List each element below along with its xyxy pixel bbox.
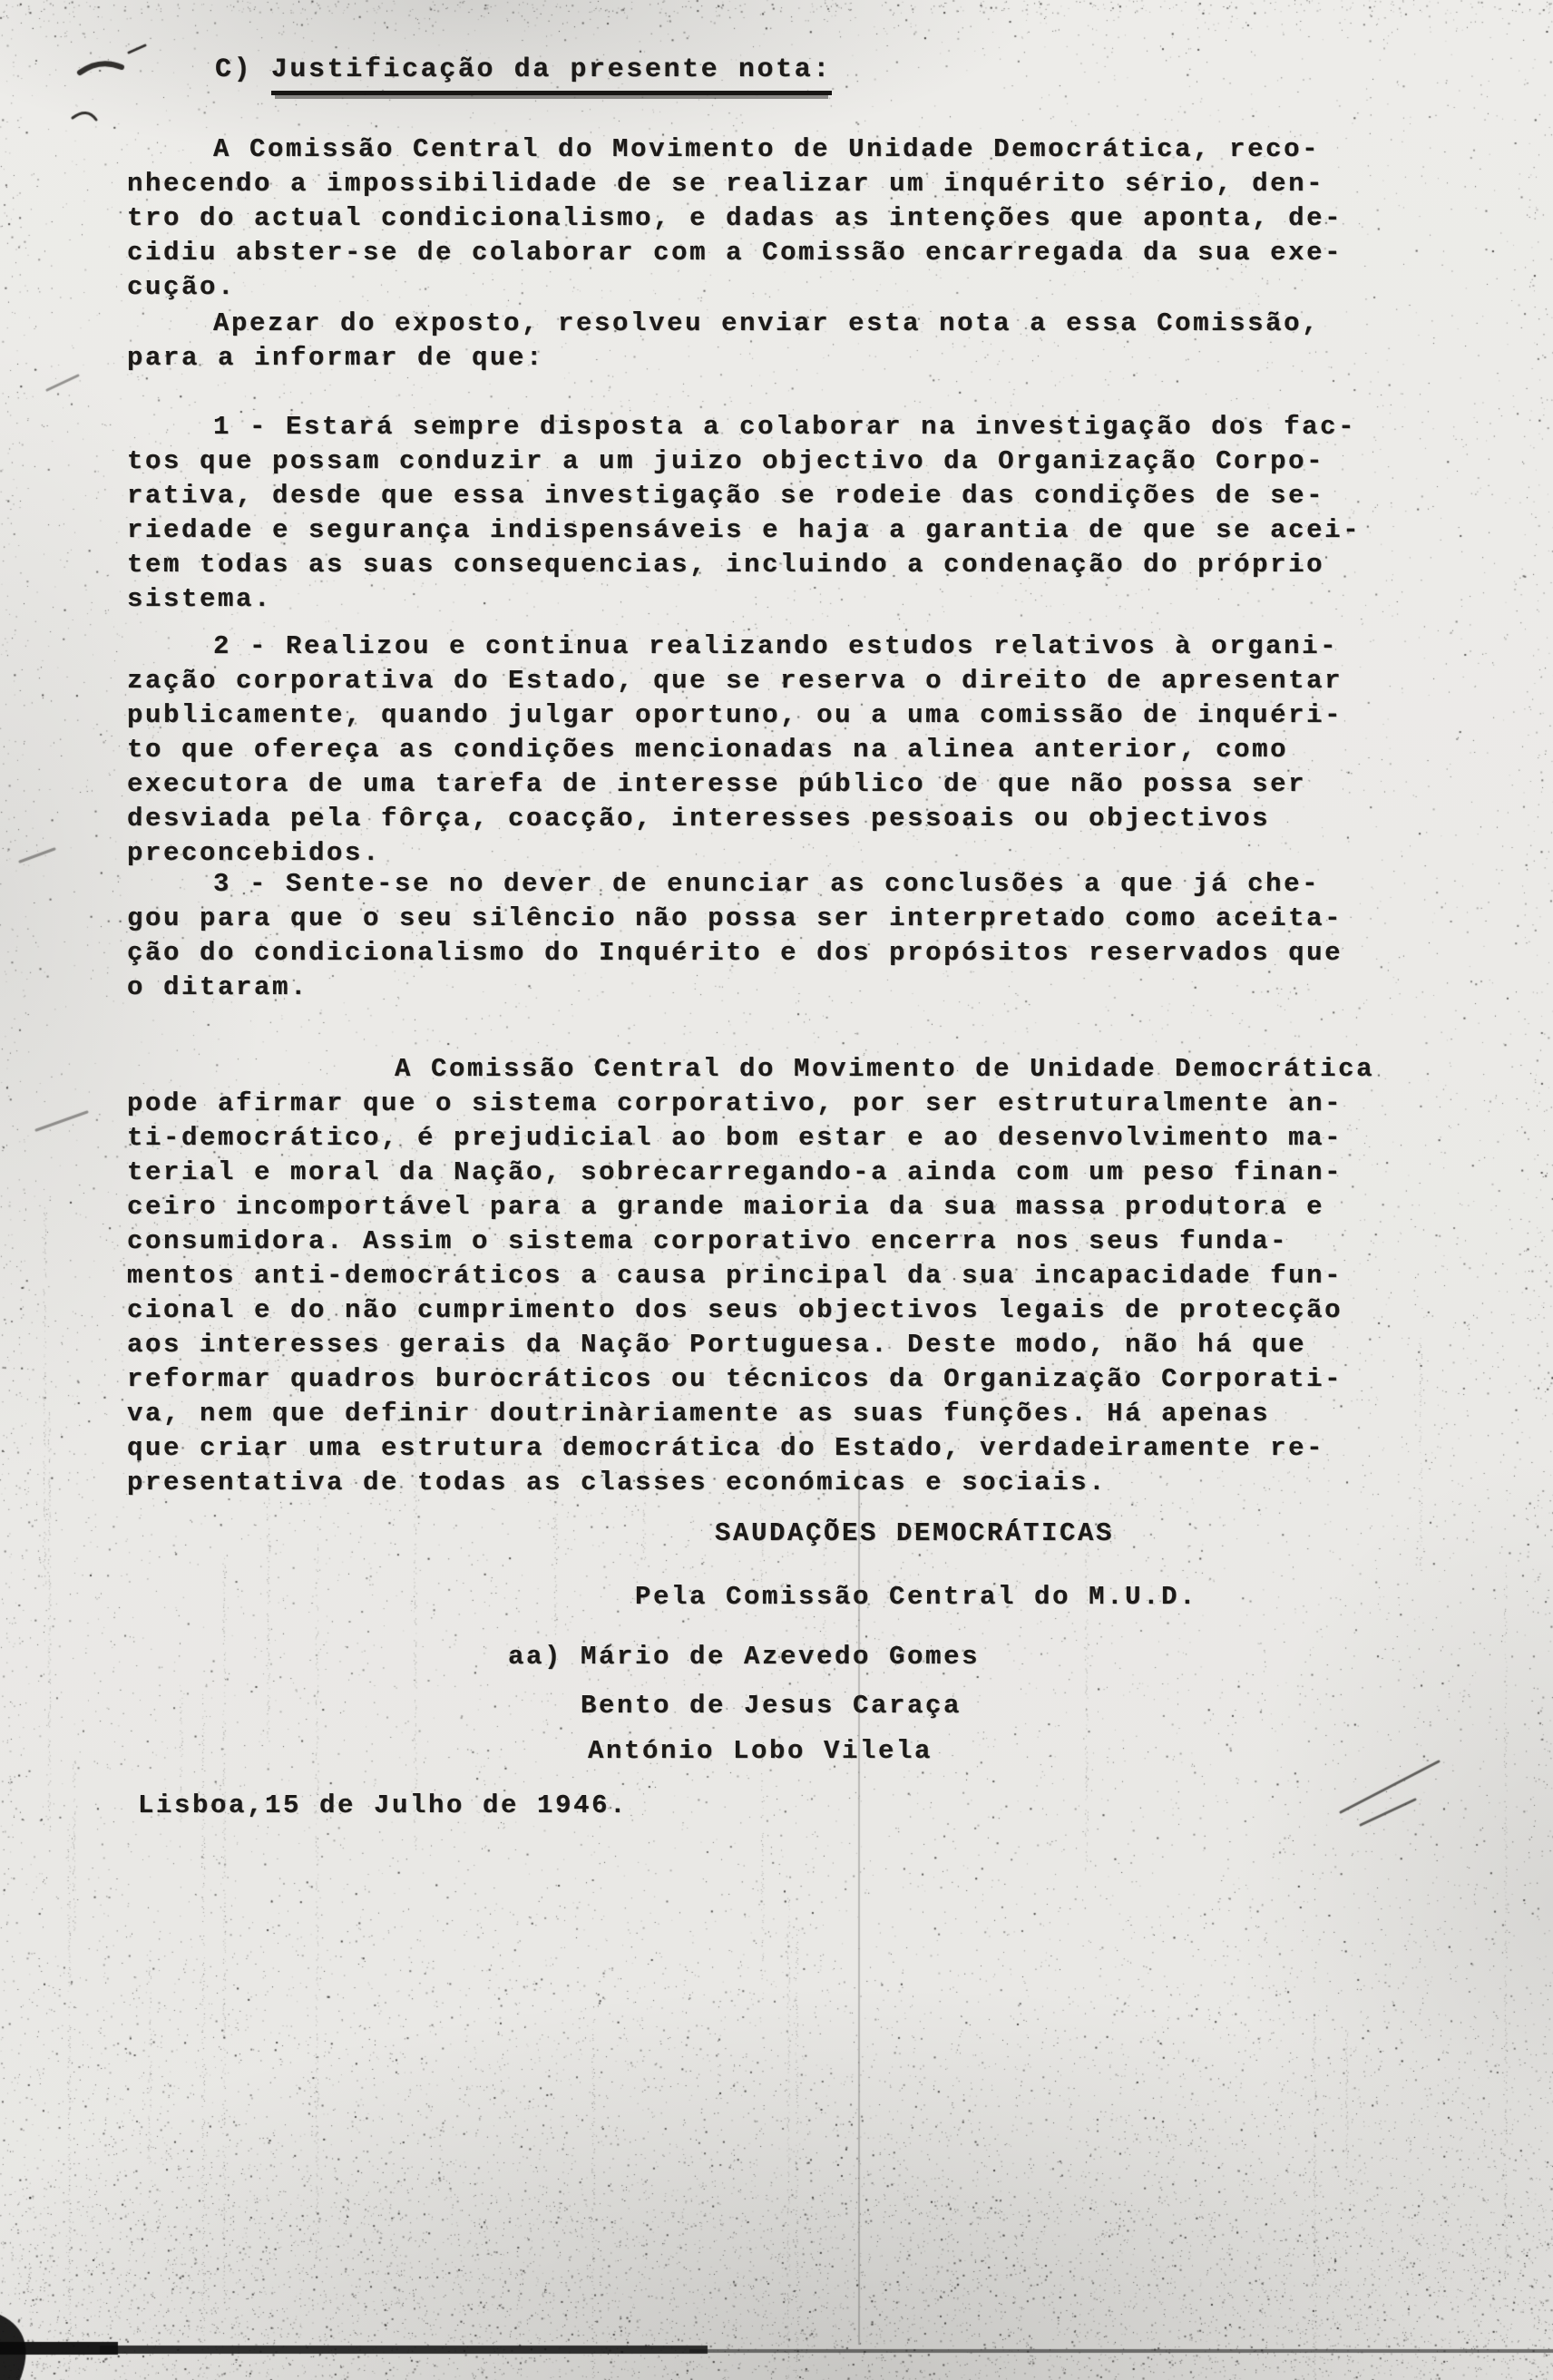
signature-name: aa) Mário de Azevedo Gomes (508, 1640, 980, 1674)
section-letter: C) (215, 54, 271, 85)
numbered-item-2: 2 - Realizou e continua realizando estud… (127, 629, 1470, 871)
paragraph-intro: A Comissão Central do Movimento de Unida… (127, 132, 1470, 305)
signature-name: Bento de Jesus Caraça (581, 1689, 962, 1723)
section-heading: C) Justificação da presente nota: (215, 53, 832, 95)
numbered-item-1: 1 - Estará sempre disposta a colaborar n… (127, 410, 1470, 617)
place-date-line: Lisboa,15 de Julho de 1946. (138, 1789, 628, 1823)
signature-name: António Lobo Vilela (588, 1734, 933, 1769)
section-title-underlined: Justificação da presente nota: (271, 53, 832, 95)
paragraph-transition: Apezar do exposto, resolveu enviar esta … (127, 307, 1470, 376)
scanned-document-page: C) Justificação da presente nota: A Comi… (0, 0, 1553, 2380)
salutation-line: SAUDAÇÕES DEMOCRÁTICAS (715, 1517, 1114, 1551)
numbered-item-3: 3 - Sente-se no dever de enunciar as con… (127, 867, 1470, 1005)
signed-by-line: Pela Comissão Central do M.U.D. (635, 1580, 1197, 1614)
paragraph-conclusion: A Comissão Central do Movimento de Unida… (127, 1052, 1470, 1500)
